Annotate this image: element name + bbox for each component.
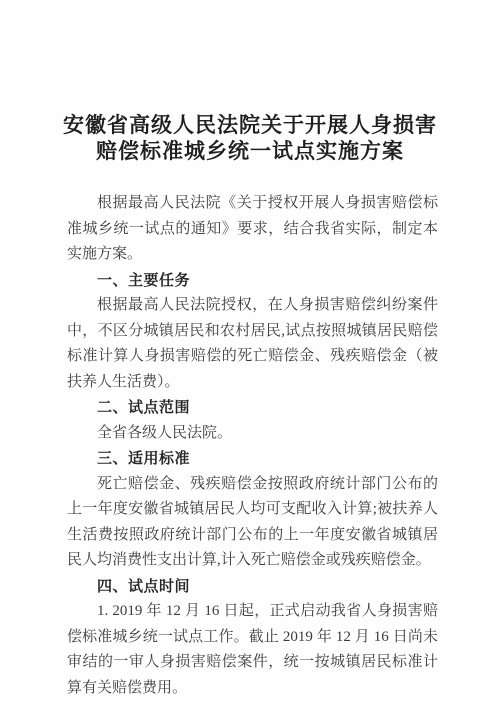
section-heading-main-tasks: 一、主要任务 [67, 268, 438, 294]
section-paragraph-applicable-standard: 死亡赔偿金、残疾赔偿金按照政府统计部门公布的上一年度安徽省城镇居民人均可支配收入… [67, 472, 438, 574]
page-number: - 2 - [76, 625, 106, 641]
document-body: 根据最高人民法院《关于授权开展人身损害赔偿标准城乡统一试点的通知》要求，结合我省… [67, 191, 438, 701]
intro-paragraph: 根据最高人民法院《关于授权开展人身损害赔偿标准城乡统一试点的通知》要求，结合我省… [67, 191, 438, 268]
document-title: 安徽省高级人民法院关于开展人身损害 赔偿标准城乡统一试点实施方案 [0, 0, 500, 164]
section-paragraph-pilot-scope: 全省各级人民法院。 [67, 421, 438, 447]
section-heading-applicable-standard: 三、适用标准 [67, 446, 438, 472]
document-title-line-1: 安徽省高级人民法院关于开展人身损害 [0, 112, 500, 138]
section-heading-pilot-scope: 二、试点范围 [67, 395, 438, 421]
section-paragraph-pilot-time: 1. 2019 年 12 月 16 日起，正式启动我省人身损害赔偿标准城乡统一试… [67, 599, 438, 701]
document-title-line-2: 赔偿标准城乡统一试点实施方案 [0, 138, 500, 164]
section-heading-pilot-time: 四、试点时间 [67, 574, 438, 600]
document-page: 安徽省高级人民法院关于开展人身损害 赔偿标准城乡统一试点实施方案 根据最高人民法… [0, 0, 500, 706]
section-paragraph-main-tasks: 根据最高人民法院授权，在人身损害赔偿纠纷案件中，不区分城镇居民和农村居民,试点按… [67, 293, 438, 395]
